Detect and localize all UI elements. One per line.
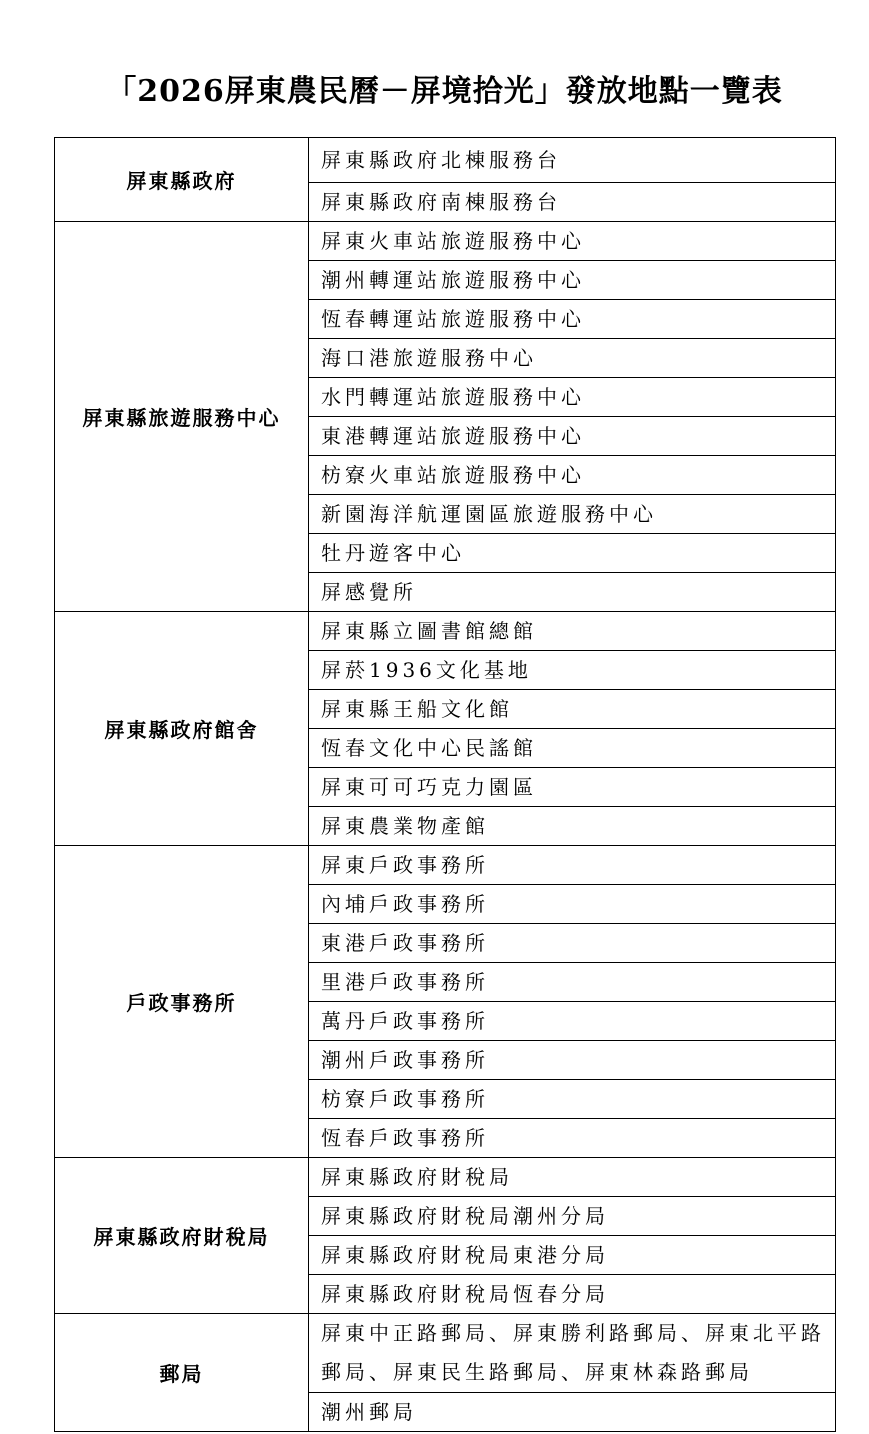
location-cell: 東港戶政事務所 [309,924,836,963]
location-cell: 里港戶政事務所 [309,963,836,1002]
location-cell: 屏東農業物產館 [309,807,836,846]
location-cell: 潮州郵局 [309,1393,836,1432]
location-cell: 屏東縣政府財稅局恆春分局 [309,1275,836,1314]
location-cell: 屏東縣政府財稅局東港分局 [309,1236,836,1275]
location-cell: 屏東可可巧克力園區 [309,768,836,807]
table-row: 郵局 屏東中正路郵局、屏東勝利路郵局、屏東北平路郵局、屏東民生路郵局、屏東林森路… [55,1314,836,1393]
location-cell: 屏東中正路郵局、屏東勝利路郵局、屏東北平路郵局、屏東民生路郵局、屏東林森路郵局 [309,1314,836,1393]
location-cell: 枋寮火車站旅遊服務中心 [309,456,836,495]
table-row: 屏東縣政府館舍 屏東縣立圖書館總館 [55,612,836,651]
location-cell: 內埔戶政事務所 [309,885,836,924]
table-row: 屏東縣旅遊服務中心 屏東火車站旅遊服務中心 [55,222,836,261]
location-cell: 枋寮戶政事務所 [309,1080,836,1119]
table-row: 戶政事務所 屏東戶政事務所 [55,846,836,885]
location-cell: 牡丹遊客中心 [309,534,836,573]
location-cell: 海口港旅遊服務中心 [309,339,836,378]
location-cell: 恆春文化中心民謠館 [309,729,836,768]
table-row: 屏東縣政府財稅局 屏東縣政府財稅局 [55,1158,836,1197]
location-cell: 水門轉運站旅遊服務中心 [309,378,836,417]
category-cell: 屏東縣政府館舍 [55,612,309,846]
location-cell: 屏東縣政府財稅局 [309,1158,836,1197]
location-cell: 屏東縣政府財稅局潮州分局 [309,1197,836,1236]
category-cell: 戶政事務所 [55,846,309,1158]
location-cell: 屏感覺所 [309,573,836,612]
category-cell: 屏東縣政府財稅局 [55,1158,309,1314]
location-cell: 屏東縣政府南棟服務台 [309,183,836,222]
location-cell: 萬丹戶政事務所 [309,1002,836,1041]
location-cell: 屏東戶政事務所 [309,846,836,885]
distribution-locations-table: 屏東縣政府 屏東縣政府北棟服務台 屏東縣政府南棟服務台 屏東縣旅遊服務中心 屏東… [54,137,836,1432]
category-cell: 郵局 [55,1314,309,1432]
location-cell: 潮州戶政事務所 [309,1041,836,1080]
document-title: 「2026屏東農民曆－屏境拾光」發放地點一覽表 [0,66,869,110]
location-cell: 潮州轉運站旅遊服務中心 [309,261,836,300]
location-cell: 屏東火車站旅遊服務中心 [309,222,836,261]
location-cell: 屏東縣王船文化館 [309,690,836,729]
location-cell: 屏東縣立圖書館總館 [309,612,836,651]
location-cell: 恆春轉運站旅遊服務中心 [309,300,836,339]
table-row: 屏東縣政府 屏東縣政府北棟服務台 [55,138,836,183]
location-cell: 新園海洋航運園區旅遊服務中心 [309,495,836,534]
location-cell: 東港轉運站旅遊服務中心 [309,417,836,456]
category-cell: 屏東縣政府 [55,138,309,222]
location-cell: 屏東縣政府北棟服務台 [309,138,836,183]
location-cell: 恆春戶政事務所 [309,1119,836,1158]
location-cell: 屏菸1936文化基地 [309,651,836,690]
category-cell: 屏東縣旅遊服務中心 [55,222,309,612]
